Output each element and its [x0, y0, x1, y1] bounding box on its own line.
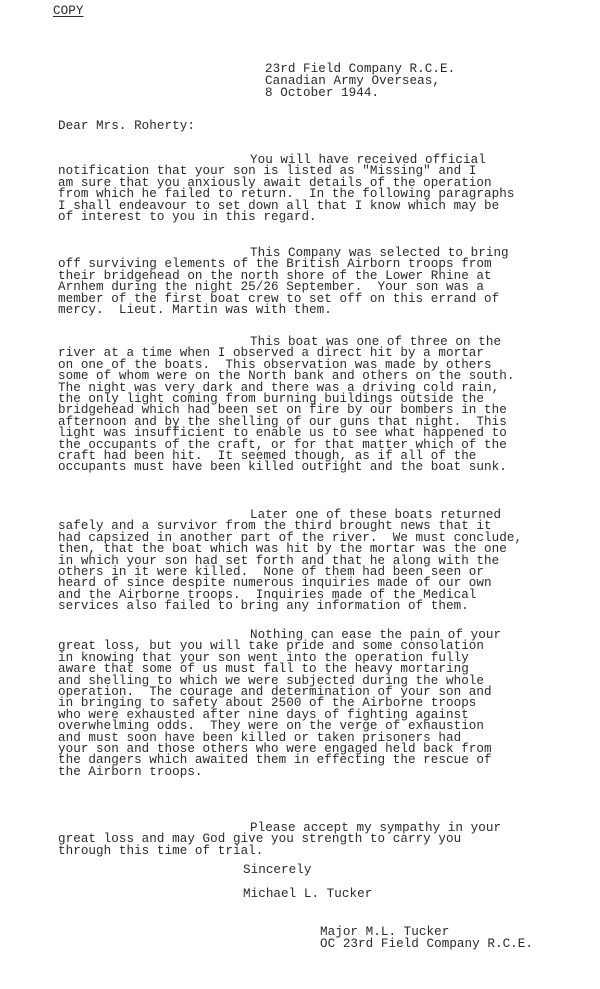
paragraph-line: the Airborn troops. — [58, 766, 203, 778]
closing: Sincerely — [243, 864, 311, 876]
letter-date: 8 October 1944. — [265, 87, 379, 99]
paragraph-line: services also failed to bring any inform… — [58, 600, 469, 612]
letter-page: COPY 23rd Field Company R.C.E. Canadian … — [0, 0, 600, 989]
copy-mark: COPY — [53, 5, 83, 17]
salutation: Dear Mrs. Roherty: — [58, 120, 195, 132]
paragraph-line: through this time of trial. — [58, 845, 263, 857]
signature: Michael L. Tucker — [243, 888, 372, 900]
paragraph-line: mercy. Lieut. Martin was with them. — [58, 304, 332, 316]
paragraph-line: of interest to you in this regard. — [58, 211, 317, 223]
signatory-title: OC 23rd Field Company R.C.E. — [320, 938, 533, 950]
paragraph-line: occupants must have been killed outright… — [58, 461, 507, 473]
